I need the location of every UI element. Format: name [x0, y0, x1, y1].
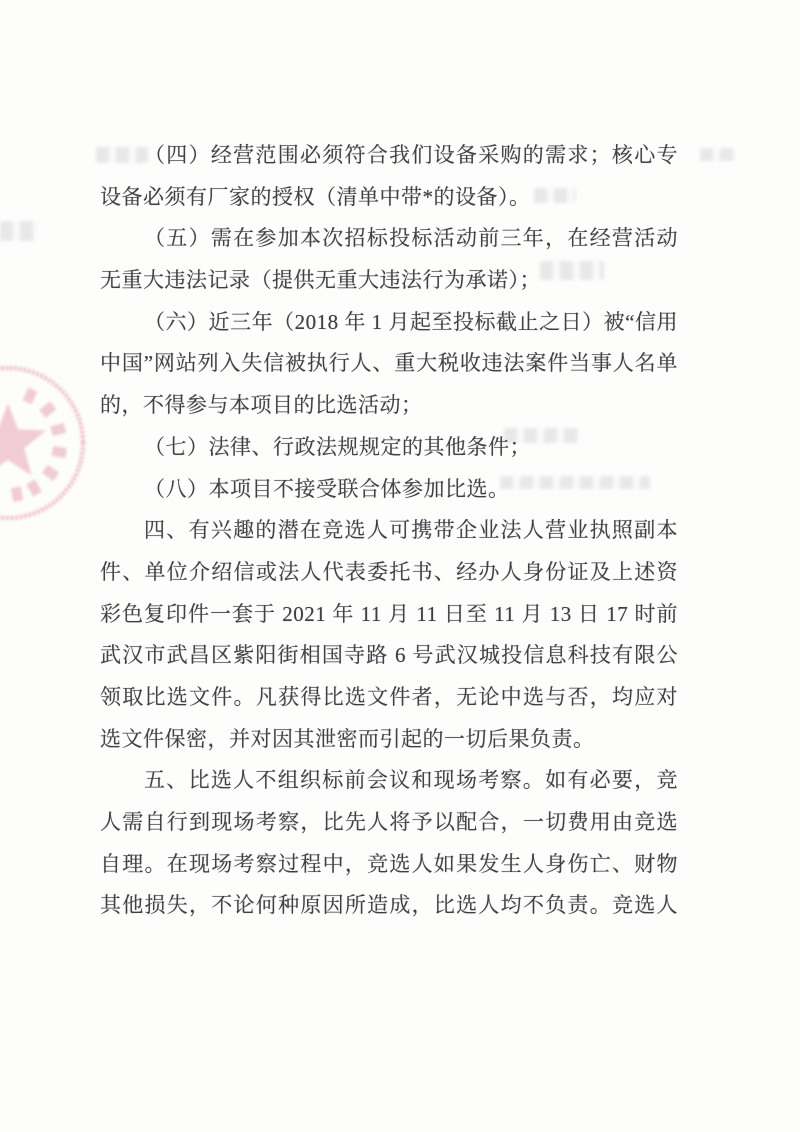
text-line: 领取比选文件。凡获得比选文件者，无论中选与否，均应对比: [100, 677, 678, 719]
ink-bleed-mark: [0, 221, 38, 241]
text-line: 人需自行到现场考察，比先人将予以配合，一切费用由竞选人: [100, 802, 678, 844]
text-line: （五）需在参加本次招标投标活动前三年，在经营活动中: [100, 218, 678, 260]
text-line: （八）本项目不接受联合体参加比选。: [100, 469, 678, 511]
text-line: （四）经营范围必须符合我们设备采购的需求；核心专用: [100, 135, 678, 177]
text-line: 四、有兴趣的潜在竞选人可携带企业法人营业执照副本原: [100, 510, 678, 552]
text-line: 武汉市武昌区紫阳街相国寺路 6 号武汉城投信息科技有限公司: [100, 635, 678, 677]
text-line: 其他损失，不论何种原因所造成，比选人均不负责。竞选人不: [100, 885, 678, 927]
ink-bleed-mark: [700, 148, 736, 161]
text-line: 五、比选人不组织标前会议和现场考察。如有必要，竞选: [100, 760, 678, 802]
text-line: （六）近三年（2018 年 1 月起至投标截止之日）被“信用: [100, 302, 678, 344]
document-page: （四）经营范围必须符合我们设备采购的需求；核心专用 设备必须有厂家的授权（清单中…: [0, 0, 800, 1132]
text-line: 选文件保密，并对因其泄密而引起的一切后果负责。: [100, 719, 678, 761]
text-line: （七）法律、行政法规规定的其他条件；: [100, 427, 678, 469]
text-line: 设备必须有厂家的授权（清单中带*的设备）。: [100, 177, 678, 219]
text-line: 彩色复印件一套于 2021 年 11 月 11 日至 11 月 13 日 17 …: [100, 594, 678, 636]
text-line: 件、单位介绍信或法人代表委托书、经办人身份证及上述资料: [100, 552, 678, 594]
seal-star-icon: [0, 403, 46, 475]
text-line: 中国”网站列入失信被执行人、重大税收违法案件当事人名单: [100, 343, 678, 385]
text-line: 的，不得参与本项目的比选活动；: [100, 385, 678, 427]
text-line: 自理。在现场考察过程中，竞选人如果发生人身伤亡、财物或: [100, 844, 678, 886]
document-text: （四）经营范围必须符合我们设备采购的需求；核心专用 设备必须有厂家的授权（清单中…: [100, 135, 678, 927]
text-line: 无重大违法记录（提供无重大违法行为承诺）；: [100, 260, 678, 302]
red-company-seal: [0, 348, 105, 548]
